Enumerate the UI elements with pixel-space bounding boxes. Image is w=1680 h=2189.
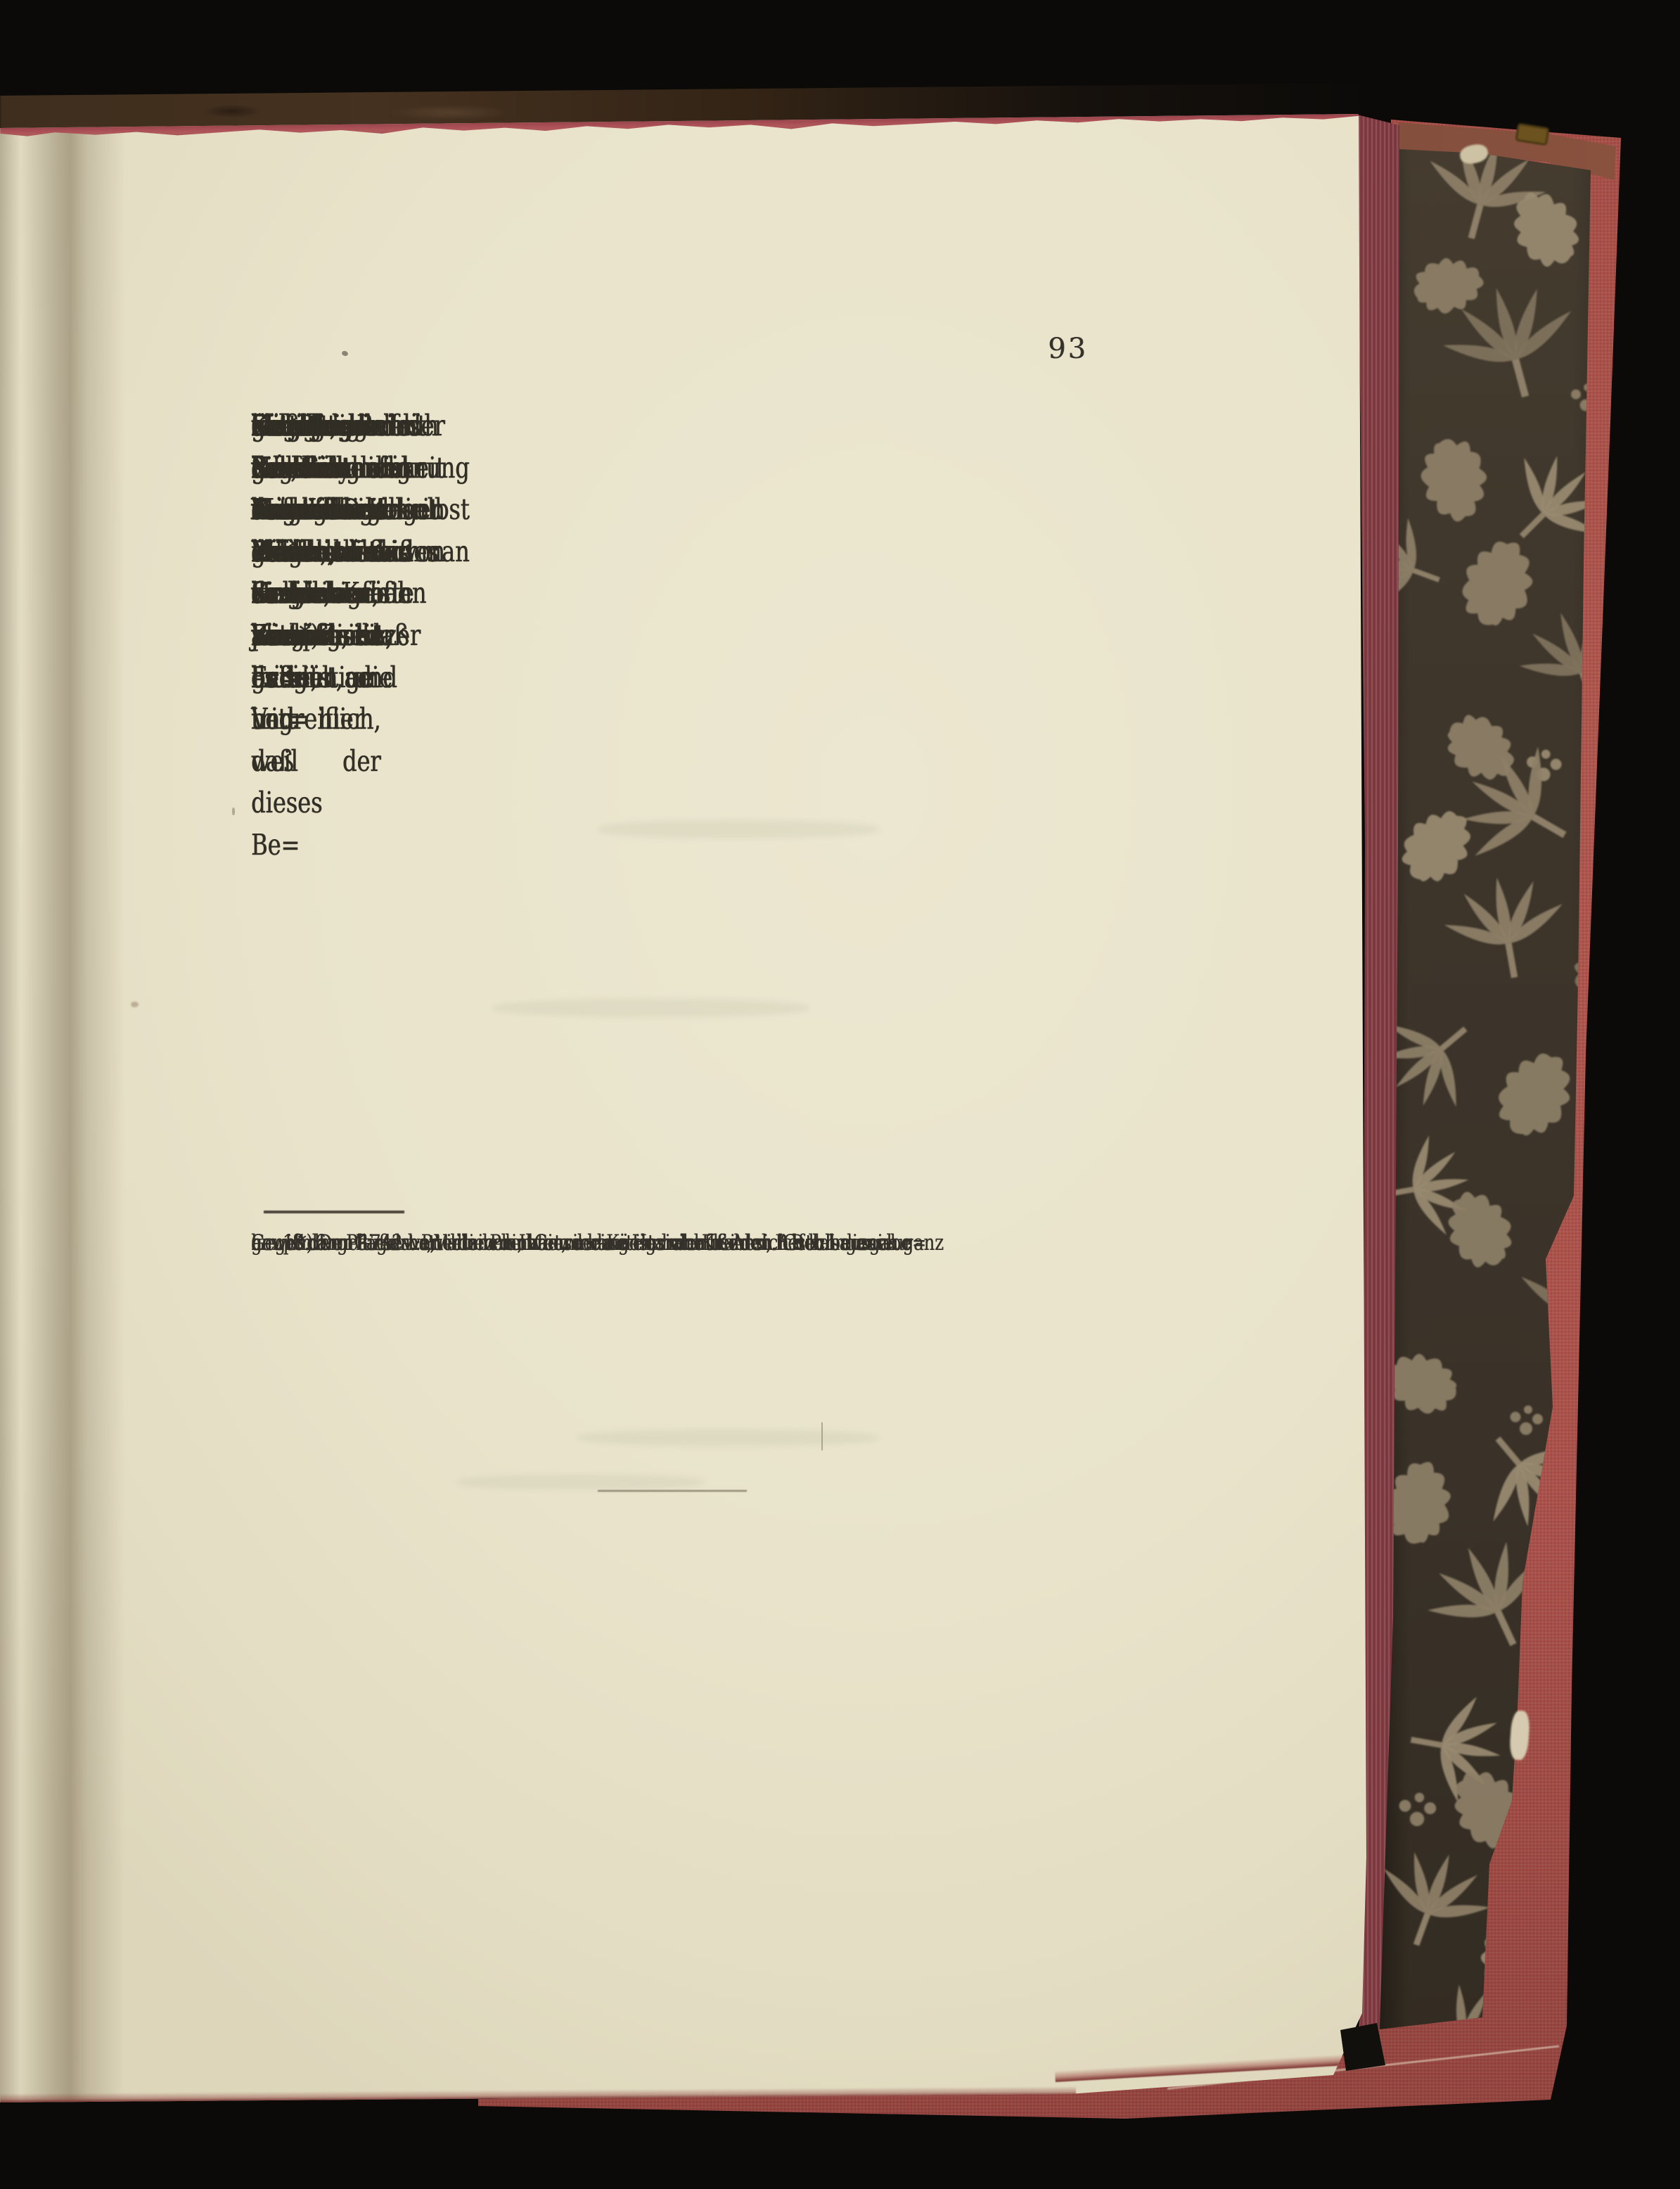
text-line: hauptmann Giese hatte die Plankammer unt… — [251, 1227, 828, 1258]
gutter-shadow — [20, 0, 125, 2189]
margin-mark — [232, 808, 235, 815]
text-line: unterbrach. — [251, 405, 386, 447]
show-through-smudge — [598, 820, 879, 838]
gutter-shadow — [0, 0, 21, 2189]
paper-fleck — [131, 1002, 139, 1007]
show-through-smudge — [457, 1474, 703, 1490]
page-number: 93 — [251, 332, 1088, 366]
footnote-rule — [264, 1211, 404, 1213]
show-through-smudge — [577, 1429, 879, 1446]
scanned-book-photo: 93 Gegend von Krzeczhorz erkunden zu kön… — [0, 0, 1680, 2189]
show-through-smudge — [492, 999, 809, 1017]
section-end-rule — [598, 1490, 747, 1492]
